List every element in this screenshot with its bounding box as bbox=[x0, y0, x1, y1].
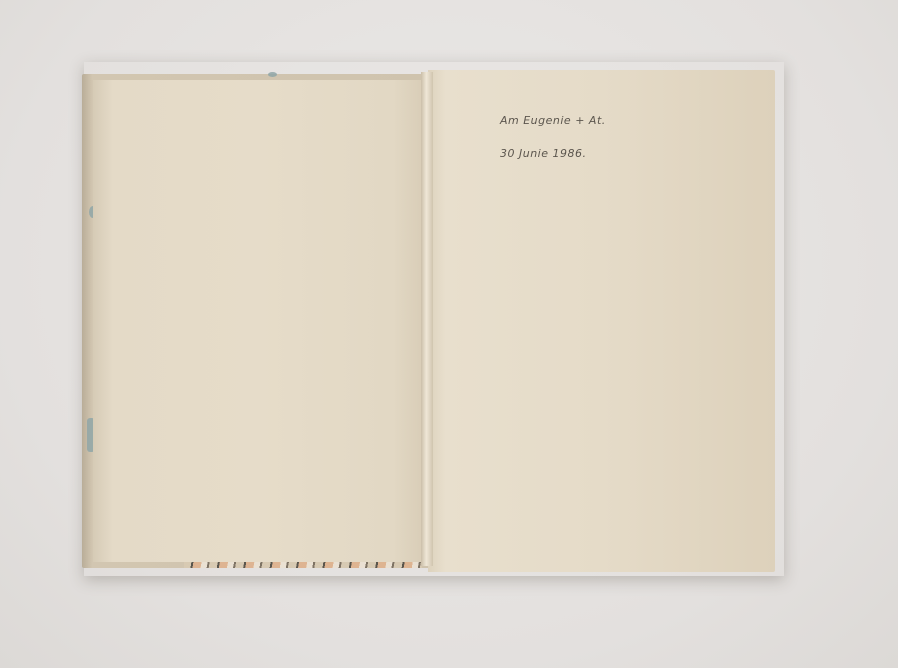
book-gutter bbox=[421, 72, 433, 566]
inscription-line-1: Am Eugenie + At. bbox=[500, 104, 606, 137]
inscription-line-2: 30 Junie 1986. bbox=[500, 137, 606, 170]
open-book: Am Eugenie + At. 30 Junie 1986. bbox=[0, 0, 898, 668]
marble-spot bbox=[268, 72, 277, 77]
left-endpaper bbox=[93, 80, 426, 562]
handwritten-inscription: Am Eugenie + At. 30 Junie 1986. bbox=[500, 104, 606, 170]
